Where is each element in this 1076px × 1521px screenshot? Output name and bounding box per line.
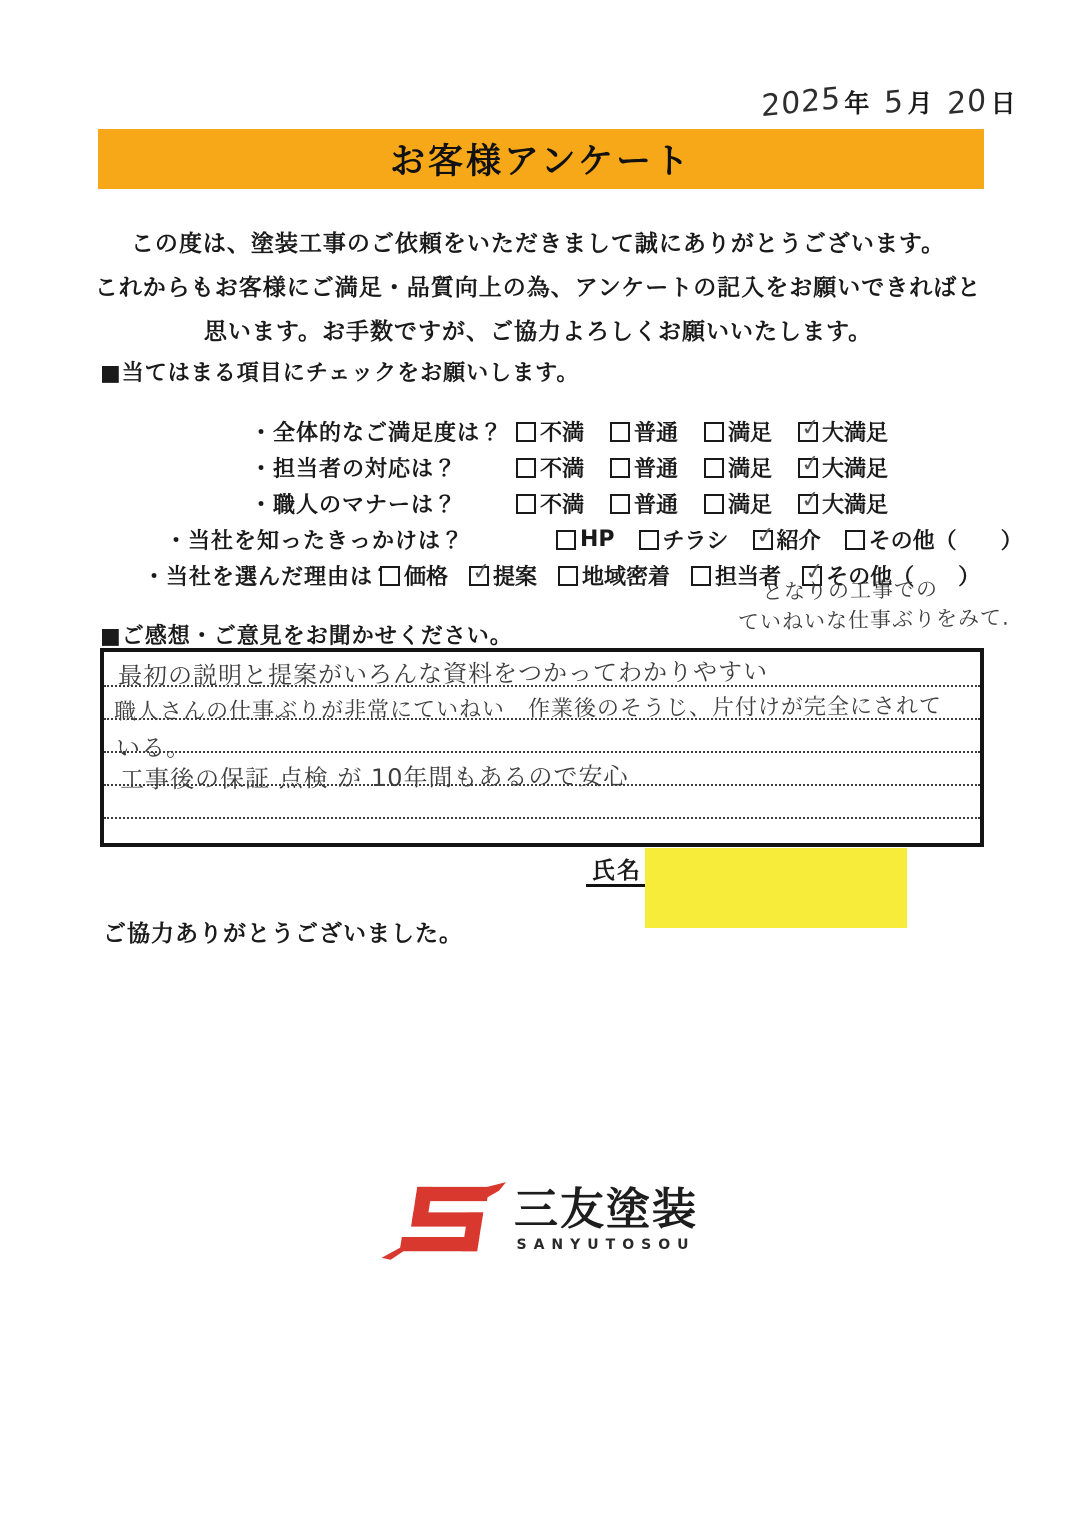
handwritten-check-icon: ✓ xyxy=(799,449,822,477)
option-label: 普通 xyxy=(634,452,678,483)
other-note-line: となりの工事での xyxy=(762,572,1010,606)
checkbox-unchecked xyxy=(610,422,630,442)
option-label: 提案 xyxy=(493,560,537,591)
intro-line: この度は、塗装工事のご依頼をいただきまして誠にありがとうございます。 xyxy=(0,222,1076,266)
comment-box: 最初の説明と提案がいろんな資料をつかってわかりやすい職人さんの仕事ぶりが非常にて… xyxy=(100,648,984,847)
checkbox-unchecked xyxy=(845,530,865,550)
handwritten-comment-line: 職人さんの仕事ぶりが非常にていねい 作業後のそうじ、片付けが完全にされて xyxy=(114,689,942,726)
option-label: 満足 xyxy=(728,452,772,483)
checkbox-unchecked xyxy=(556,530,576,550)
option-label: 不満 xyxy=(540,488,584,519)
checkbox-unchecked xyxy=(610,458,630,478)
option-label: 価格 xyxy=(404,560,448,591)
checkbox-unchecked xyxy=(516,494,536,514)
option-label: HP xyxy=(580,527,615,552)
checkbox-unchecked xyxy=(691,566,711,586)
checkbox-unchecked xyxy=(516,422,536,442)
handwritten-comment-line: 工事後の保証 点検 が 10年間もあるので安心 xyxy=(120,756,629,795)
company-name: 三友塗装 xyxy=(514,1187,698,1233)
question-options: HPチラシ✓紹介その他（ ） xyxy=(556,524,1023,555)
checkbox-unchecked xyxy=(516,458,536,478)
page-title: お客様アンケート xyxy=(390,134,692,184)
intro-paragraph: この度は、塗装工事のご依頼をいただきまして誠にありがとうございます。これからもお… xyxy=(0,222,1076,354)
handwritten-comment-line: 最初の説明と提案がいろんな資料をつかってわかりやすい xyxy=(118,652,768,692)
question-label: ・職人のマナーは？ xyxy=(250,488,516,519)
question-row: ・担当者の対応は？不満普通満足✓大満足 xyxy=(250,452,888,483)
other-reason-note: となりの工事でのていねいな仕事ぶりをみて. xyxy=(738,574,1010,634)
date-unit-printed: 日 xyxy=(991,89,1016,118)
intro-line: これからもお客様にご満足・品質向上の為、アンケートの記入をお願いできればと xyxy=(0,266,1076,310)
checkbox-unchecked xyxy=(380,566,400,586)
checkbox-checked: ✓ xyxy=(753,530,773,550)
other-note-line: ていねいな仕事ぶりをみて. xyxy=(738,602,1010,637)
date-value-handwritten: 20 xyxy=(948,83,988,122)
option-label: 満足 xyxy=(728,416,772,447)
closing-text: ご協力ありがとうございました。 xyxy=(103,915,463,948)
name-redaction-sticker xyxy=(645,848,907,928)
ruled-line xyxy=(104,817,980,819)
option: ✓大満足 xyxy=(798,452,888,483)
date-value-handwritten: 2025 xyxy=(761,81,841,125)
intro-line: 思います。お手数ですが、ご協力よろしくお願いいたします。 xyxy=(0,310,1076,354)
company-logo: 三友塗装 SANYUTOSOU xyxy=(396,1176,698,1264)
handwritten-check-icon: ✓ xyxy=(799,413,822,441)
option: HP xyxy=(556,527,615,552)
option-label: 満足 xyxy=(728,488,772,519)
handwritten-comment-line: いる。 xyxy=(116,728,191,764)
option: その他（ ） xyxy=(845,524,1023,555)
option: 不満 xyxy=(516,416,584,447)
question-options: 不満普通満足✓大満足 xyxy=(516,416,888,447)
checklist-heading: ■当てはまる項目にチェックをお願いします。 xyxy=(100,356,579,387)
checkbox-unchecked xyxy=(558,566,578,586)
option-label: 普通 xyxy=(634,416,678,447)
option: ✓紹介 xyxy=(753,524,821,555)
date-handwritten: 2025年5月20日 xyxy=(760,84,1040,120)
option: 満足 xyxy=(704,416,772,447)
question-row: ・全体的なご満足度は？不満普通満足✓大満足 xyxy=(250,416,888,447)
option: 不満 xyxy=(516,488,584,519)
option: 満足 xyxy=(704,452,772,483)
date-unit-printed: 月 xyxy=(907,89,932,118)
ruled-line xyxy=(104,751,980,753)
option: 普通 xyxy=(610,452,678,483)
question-label: ・担当者の対応は？ xyxy=(250,452,516,483)
option: 地域密着 xyxy=(558,560,670,591)
checkbox-checked: ✓ xyxy=(798,494,818,514)
option: 価格 xyxy=(380,560,448,591)
name-label: 氏名 xyxy=(592,852,642,885)
option-label: 大満足 xyxy=(822,488,888,519)
option: 不満 xyxy=(516,452,584,483)
handwritten-check-icon: ✓ xyxy=(470,557,493,585)
option-label: チラシ xyxy=(663,524,729,555)
question-label: ・当社を知ったきっかけは？ xyxy=(165,524,556,555)
question-row: ・当社を知ったきっかけは？HPチラシ✓紹介その他（ ） xyxy=(165,524,1023,555)
question-label: ・全体的なご満足度は？ xyxy=(250,416,516,447)
company-romaji: SANYUTOSOU xyxy=(517,1237,696,1253)
option: 普通 xyxy=(610,488,678,519)
question-row: ・職人のマナーは？不満普通満足✓大満足 xyxy=(250,488,888,519)
checkbox-unchecked xyxy=(639,530,659,550)
option-label: 大満足 xyxy=(822,452,888,483)
question-options: 不満普通満足✓大満足 xyxy=(516,488,888,519)
question-options: 不満普通満足✓大満足 xyxy=(516,452,888,483)
checkbox-unchecked xyxy=(704,458,724,478)
date-value-handwritten: 5 xyxy=(884,84,904,121)
option: ✓大満足 xyxy=(798,488,888,519)
option-label: 地域密着 xyxy=(582,560,670,591)
option-label: 不満 xyxy=(540,452,584,483)
option: チラシ xyxy=(639,524,729,555)
checkbox-checked: ✓ xyxy=(469,566,489,586)
checkbox-unchecked xyxy=(704,422,724,442)
question-label: ・当社を選んだ理由は？ xyxy=(143,560,380,591)
handwritten-check-icon: ✓ xyxy=(754,521,777,549)
checkbox-checked: ✓ xyxy=(798,458,818,478)
option-label: 紹介 xyxy=(777,524,821,555)
survey-banner: お客様アンケート xyxy=(98,129,984,189)
handwritten-check-icon: ✓ xyxy=(799,485,822,513)
date-unit-printed: 年 xyxy=(844,89,869,118)
option-label: 大満足 xyxy=(822,416,888,447)
option: 満足 xyxy=(704,488,772,519)
option-label: その他（ ） xyxy=(869,524,1023,555)
option-label: 不満 xyxy=(540,416,584,447)
option: ✓提案 xyxy=(469,560,537,591)
option: 普通 xyxy=(610,416,678,447)
checkbox-checked: ✓ xyxy=(798,422,818,442)
option-label: 普通 xyxy=(634,488,678,519)
feedback-heading: ■ご感想・ご意見をお聞かせください。 xyxy=(100,619,513,650)
checkbox-unchecked xyxy=(610,494,630,514)
logo-s-icon xyxy=(396,1176,500,1264)
option: ✓大満足 xyxy=(798,416,888,447)
checkbox-unchecked xyxy=(704,494,724,514)
